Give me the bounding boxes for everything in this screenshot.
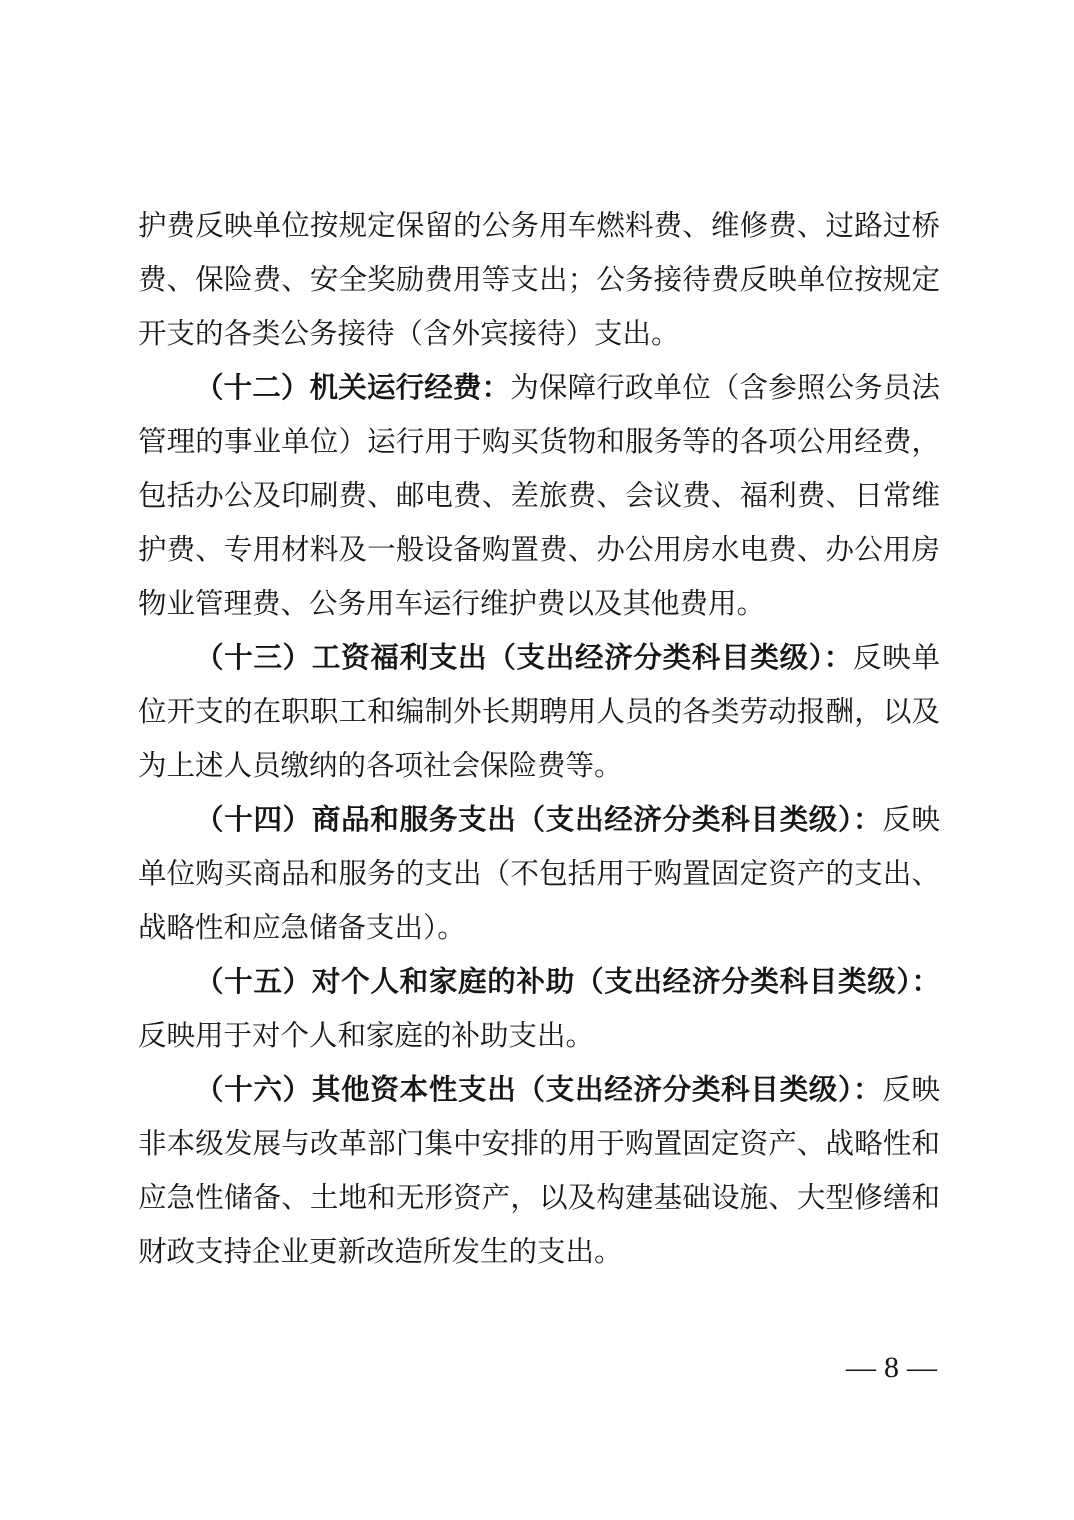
paragraph: （十五）对个人和家庭的补助（支出经济分类科目类级）：反映用于对个人和家庭的补助支… bbox=[138, 956, 940, 1064]
page-footer: —8— bbox=[846, 1348, 937, 1388]
footer-dash-right: — bbox=[907, 1351, 937, 1384]
body-text: 反映用于对个人和家庭的补助支出。 bbox=[138, 1021, 594, 1052]
paragraph: （十二）机关运行经费：为保障行政单位（含参照公务员法管理的事业单位）运行用于购买… bbox=[138, 362, 940, 632]
document-page: 护费反映单位按规定保留的公务用车燃料费、维修费、过路过桥费、保险费、安全奖励费用… bbox=[0, 0, 1074, 1520]
document-text-block: 护费反映单位按规定保留的公务用车燃料费、维修费、过路过桥费、保险费、安全奖励费用… bbox=[138, 200, 940, 1280]
heading-term: （十五）对个人和家庭的补助（支出经济分类科目类级）： bbox=[195, 967, 940, 998]
heading-term: （十二）机关运行经费： bbox=[195, 373, 510, 404]
page-number: 8 bbox=[884, 1351, 899, 1384]
heading-term: （十三）工资福利支出（支出经济分类科目类级）： bbox=[195, 643, 853, 674]
paragraph: 护费反映单位按规定保留的公务用车燃料费、维修费、过路过桥费、保险费、安全奖励费用… bbox=[138, 200, 940, 362]
heading-term: （十四）商品和服务支出（支出经济分类科目类级）： bbox=[195, 805, 882, 836]
body-text: 为保障行政单位（含参照公务员法管理的事业单位）运行用于购买货物和服务等的各项公用… bbox=[138, 373, 940, 620]
footer-dash-left: — bbox=[846, 1351, 876, 1384]
paragraph: （十四）商品和服务支出（支出经济分类科目类级）：反映单位购买商品和服务的支出（不… bbox=[138, 794, 940, 956]
paragraph: （十三）工资福利支出（支出经济分类科目类级）：反映单位开支的在职职工和编制外长期… bbox=[138, 632, 940, 794]
body-text: 护费反映单位按规定保留的公务用车燃料费、维修费、过路过桥费、保险费、安全奖励费用… bbox=[138, 211, 940, 350]
heading-term: （十六）其他资本性支出（支出经济分类科目类级）： bbox=[195, 1075, 882, 1106]
paragraph: （十六）其他资本性支出（支出经济分类科目类级）：反映非本级发展与改革部门集中安排… bbox=[138, 1064, 940, 1280]
